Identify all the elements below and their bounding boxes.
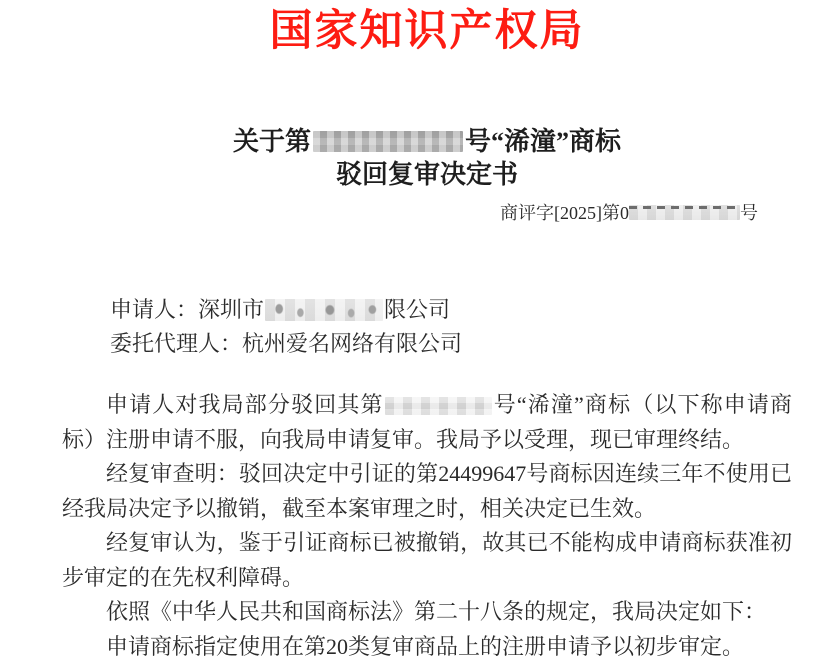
subject-title: 关于第号“浠潼”商标 驳回复审决定书 — [62, 125, 792, 191]
paragraph-2: 经复审查明：驳回决定中引证的第24499647号商标因连续三年不使用已经我局决定… — [62, 457, 792, 526]
redacted-mark-number — [385, 397, 492, 415]
reference-number-line: 商评字[2025]第0号 — [62, 200, 792, 227]
document-page: 国家知识产权局 关于第号“浠潼”商标 驳回复审决定书 商评字[2025]第0号 … — [0, 0, 834, 662]
paragraph-1: 申请人对我局部分驳回其第号“浠潼”商标（以下称申请商标）注册申请不服，向我局申请… — [62, 388, 792, 457]
reference-prefix: 商评字[2025]第0 — [500, 203, 629, 223]
subject-line-1: 关于第号“浠潼”商标 — [62, 125, 792, 158]
applicant-label: 申请人： — [110, 297, 198, 322]
subject-line1-suffix: 号“浠潼”商标 — [465, 127, 621, 156]
subject-line-2: 驳回复审决定书 — [62, 158, 792, 191]
paragraph-4: 依照《中华人民共和国商标法》第二十八条的规定，我局决定如下： — [62, 595, 792, 630]
redacted-applicant-name — [265, 299, 383, 321]
applicant-line: 申请人：深圳市限公司 — [110, 293, 792, 327]
redacted-reference-digits — [629, 205, 740, 220]
parties-block: 申请人：深圳市限公司 委托代理人：杭州爱名网络有限公司 — [110, 293, 792, 361]
subject-line1-prefix: 关于第 — [233, 127, 311, 156]
agent-line: 委托代理人：杭州爱名网络有限公司 — [110, 327, 792, 361]
applicant-name-prefix: 深圳市 — [198, 297, 264, 322]
paragraph-3: 经复审认为，鉴于引证商标已被撤销，故其已不能构成申请商标获准初步审定的在先权利障… — [62, 526, 792, 595]
redacted-application-number — [313, 131, 463, 152]
page-title: 国家知识产权局 — [62, 6, 792, 56]
reference-suffix: 号 — [740, 203, 758, 223]
paragraph-5: 申请商标指定使用在第20类复审商品上的注册申请予以初步审定。 — [62, 630, 792, 662]
paragraph-1-prefix: 申请人对我局部分驳回其第 — [106, 392, 384, 417]
decision-body: 申请人对我局部分驳回其第号“浠潼”商标（以下称申请商标）注册申请不服，向我局申请… — [62, 388, 792, 662]
applicant-name-suffix: 限公司 — [384, 297, 450, 322]
